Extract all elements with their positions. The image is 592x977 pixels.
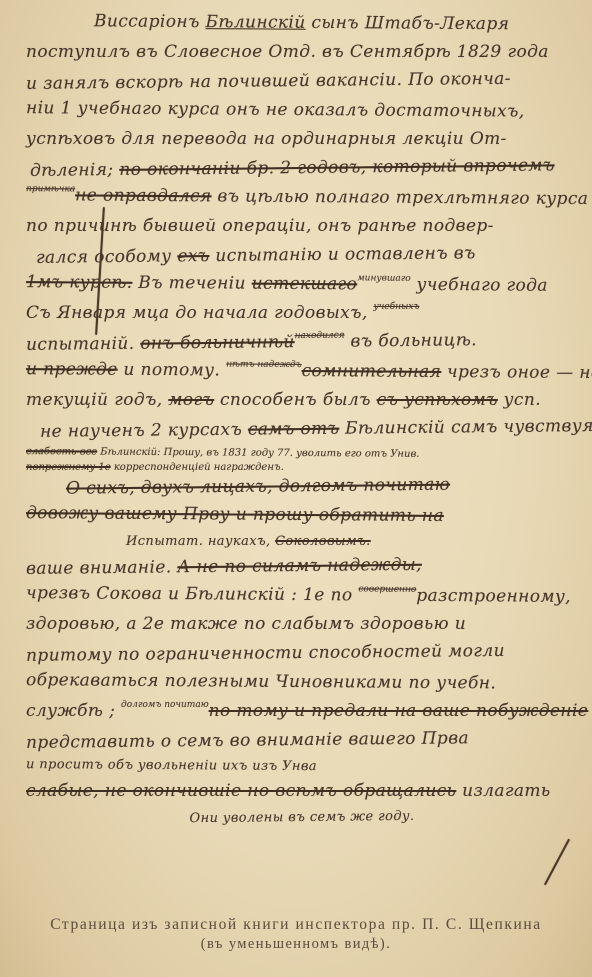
manuscript-line: дѣленія; по окончаніи бр. 2 годовъ, кото… xyxy=(30,155,578,181)
manuscript-line: Виссаріонъ Бѣлинскій сынъ Штабъ-Лекаря xyxy=(94,11,578,34)
handwritten-text: и потому. xyxy=(118,360,227,381)
handwritten-text: разстроенному, xyxy=(416,586,571,607)
struck-text: попрежнему 1е xyxy=(26,462,111,473)
handwritten-text: въ цѣлью полнаго трехлѣтняго курса xyxy=(212,186,589,209)
manuscript-line: чрезвъ Сокова и Бѣлинскій : 1е по соверш… xyxy=(26,583,578,607)
manuscript-line: Съ Января мца до начала годовыхъ, учебны… xyxy=(26,303,578,323)
handwritten-text: Бѣлинскій: Прошу, въ 1831 году 77. уволи… xyxy=(97,447,419,460)
manuscript-line: 1мъ курсѣ. Въ теченіи истекшагоминувшаго… xyxy=(26,272,578,296)
manuscript-line: успѣховъ для перевода на ординарныя лекц… xyxy=(26,129,578,149)
handwritten-text: чрезъ оное — не xyxy=(441,362,592,383)
handwritten-text: и проситъ объ увольненіи ихъ изъ Унва xyxy=(26,757,317,774)
handwritten-text: ваше вниманіе. xyxy=(26,557,178,579)
manuscript-line: Они уволены въ семъ же году. xyxy=(26,807,578,828)
interlinear-word: нѣтъ надеждъ xyxy=(226,359,302,370)
handwritten-text: Бѣлинскій самъ чувствуя xyxy=(339,416,592,439)
handwritten-text: Въ теченіи xyxy=(132,273,251,294)
struck-text: по окончаніи бр. 2 годовъ, который впроч… xyxy=(119,155,554,180)
manuscript-line: попрежнему 1е корреспонденціей награжден… xyxy=(26,462,578,473)
manuscript-line: представить о семъ во вниманіе вашего Пр… xyxy=(26,727,578,753)
manuscript-line: притому по ограниченности способностей м… xyxy=(26,640,578,666)
struck-text: 1мъ курсѣ. xyxy=(26,272,133,293)
manuscript-line: слабость все Бѣлинскій: Прошу, въ 1831 г… xyxy=(26,446,578,461)
handwritten-text: излагать xyxy=(456,781,550,801)
struck-text: могъ xyxy=(168,390,214,410)
handwritten-text: поступилъ въ Словесное Отд. въ Сентябрѣ … xyxy=(26,42,549,62)
handwritten-text: испытанію и оставленъ въ xyxy=(209,243,475,266)
struck-text: слабость все xyxy=(26,446,97,457)
struck-text: Соколовымъ. xyxy=(275,534,371,549)
struck-text: А не по силамъ надежды, xyxy=(177,555,422,578)
manuscript-line: по причинѣ бывшей операціи, онъ ранѣе по… xyxy=(26,216,578,236)
handwritten-text: обрекаваться полезными Чиновниками по уч… xyxy=(26,670,496,693)
manuscript-line: обрекаваться полезными Чиновниками по уч… xyxy=(26,670,578,694)
deletion-stroke-flourish xyxy=(544,839,570,886)
manuscript-line: текущій годъ, могъ способенъ былъ съ усп… xyxy=(26,390,578,410)
handwritten-text: учебнаго года xyxy=(411,275,548,296)
handwritten-text: ніи 1 учебнаго курса онъ не оказалъ дост… xyxy=(26,98,525,121)
manuscript-line: ваше вниманіе. А не по силамъ надежды, xyxy=(26,553,578,579)
struck-text: съ успѣхомъ xyxy=(377,390,498,410)
manuscript-line: О сихъ, двухъ лицахъ, долгомъ почитаю xyxy=(66,473,578,498)
handwritten-text: дѣленія; xyxy=(30,160,119,181)
handwritten-text: способенъ былъ xyxy=(214,390,376,410)
interlinear-word: примѣчка xyxy=(26,184,75,194)
struck-text: ехъ xyxy=(177,246,209,266)
handwritten-text: гался особому xyxy=(36,246,177,267)
manuscript-line: гался особому ехъ испытанію и оставленъ … xyxy=(36,242,578,268)
manuscript-line: и занялъ вскорѣ на почившей вакансіи. По… xyxy=(26,68,578,94)
handwritten-text: чрезвъ Сокова и Бѣлинскій : 1е по xyxy=(26,583,358,605)
struck-text: онъ больничнѣй xyxy=(140,332,295,354)
manuscript-line: слабые, не окончившіе но всѣмъ обращалис… xyxy=(26,781,578,801)
handwritten-text: испытаній. xyxy=(26,334,141,355)
handwritten-text: Они уволены въ семъ же году. xyxy=(189,809,414,826)
struck-text: не оправдался xyxy=(75,185,212,206)
handwritten-text: здоровью, а 2е также по слабымъ здоровью… xyxy=(26,614,466,634)
manuscript-line: не наученъ 2 курсахъ самъ отъ Бѣлинскій … xyxy=(40,416,578,442)
handwritten-text: не наученъ 2 курсахъ xyxy=(40,420,248,442)
interlinear-word: находился xyxy=(295,331,345,342)
interlinear-word: учебныхъ xyxy=(373,302,419,312)
manuscript-line: Испытат. наукахъ, Соколовымъ. xyxy=(126,534,578,549)
struck-text: самъ отъ xyxy=(248,419,340,440)
struck-text: истекшаго xyxy=(252,274,358,295)
manuscript-line: примѣчкане оправдался въ цѣлью полнаго т… xyxy=(26,185,578,209)
handwritten-text: усп. xyxy=(498,390,541,410)
handwritten-text: текущій годъ, xyxy=(26,390,168,410)
handwritten-text: притому по ограниченности способностей м… xyxy=(26,641,505,666)
struck-text: слабые, не окончившіе но всѣмъ обращалис… xyxy=(26,781,456,801)
manuscript-line: испытаній. онъ больничнѣйнаходился въ бо… xyxy=(26,329,578,355)
handwritten-text: Съ Января мца до начала годовыхъ, xyxy=(26,303,373,323)
struck-text: и прежде xyxy=(26,359,118,380)
handwritten-text: въ больницѣ. xyxy=(345,330,478,351)
manuscript-line: здоровью, а 2е также по слабымъ здоровью… xyxy=(26,614,578,634)
handwritten-text: и занялъ вскорѣ на почившей вакансіи. По… xyxy=(26,69,511,94)
manuscript-line: и прежде и потому. нѣтъ надеждъсомнитель… xyxy=(26,359,578,383)
interlinear-word: минувшаго xyxy=(357,273,411,283)
handwritten-text: Испытат. наукахъ, xyxy=(126,534,275,549)
handwritten-text: сынъ Штабъ-Лекаря xyxy=(306,13,510,34)
manuscript-line: довожу вашему Прву и прошу обратить на xyxy=(26,503,578,527)
caption-line-2: (въ уменьшенномъ видѣ). xyxy=(0,936,592,953)
handwritten-text: Виссаріонъ xyxy=(94,11,206,32)
handwritten-text: Бѣлинскій xyxy=(205,12,305,33)
handwritten-text: корреспонденціей награжденъ. xyxy=(111,462,284,473)
interlinear-word: совершенно xyxy=(358,584,416,594)
struck-text: по тому и предали на ваше побужденіе xyxy=(209,701,589,721)
handwritten-text: успѣховъ для перевода на ординарныя лекц… xyxy=(26,129,507,149)
manuscript-line: и проситъ объ увольненіи ихъ изъ Унва xyxy=(26,757,578,776)
struck-text: О сихъ, двухъ лицахъ, долгомъ почитаю xyxy=(66,475,450,499)
manuscript-page: Виссаріонъ Бѣлинскій сынъ Штабъ-Лекаряпо… xyxy=(0,0,592,977)
caption: Страница изъ записной книги инспектора п… xyxy=(0,916,592,953)
struck-text: сомнительная xyxy=(302,361,442,382)
struck-text: довожу вашему Прву и прошу обратить на xyxy=(26,503,444,526)
handwritten-text: службѣ ; xyxy=(26,701,121,721)
caption-line-1: Страница изъ записной книги инспектора п… xyxy=(0,916,592,934)
manuscript-line: ніи 1 учебнаго курса онъ не оказалъ дост… xyxy=(26,98,578,122)
handwritten-text: представить о семъ во вниманіе вашего Пр… xyxy=(26,728,469,753)
manuscript-line: службѣ ; долгомъ почитаюпо тому и предал… xyxy=(26,701,578,721)
handwritten-text: по причинѣ бывшей операціи, онъ ранѣе по… xyxy=(26,216,494,236)
interlinear-word: долгомъ почитаю xyxy=(121,700,209,710)
manuscript-line: поступилъ въ Словесное Отд. въ Сентябрѣ … xyxy=(26,42,578,62)
manuscript: Виссаріонъ Бѣлинскій сынъ Штабъ-Лекаряпо… xyxy=(26,13,578,832)
